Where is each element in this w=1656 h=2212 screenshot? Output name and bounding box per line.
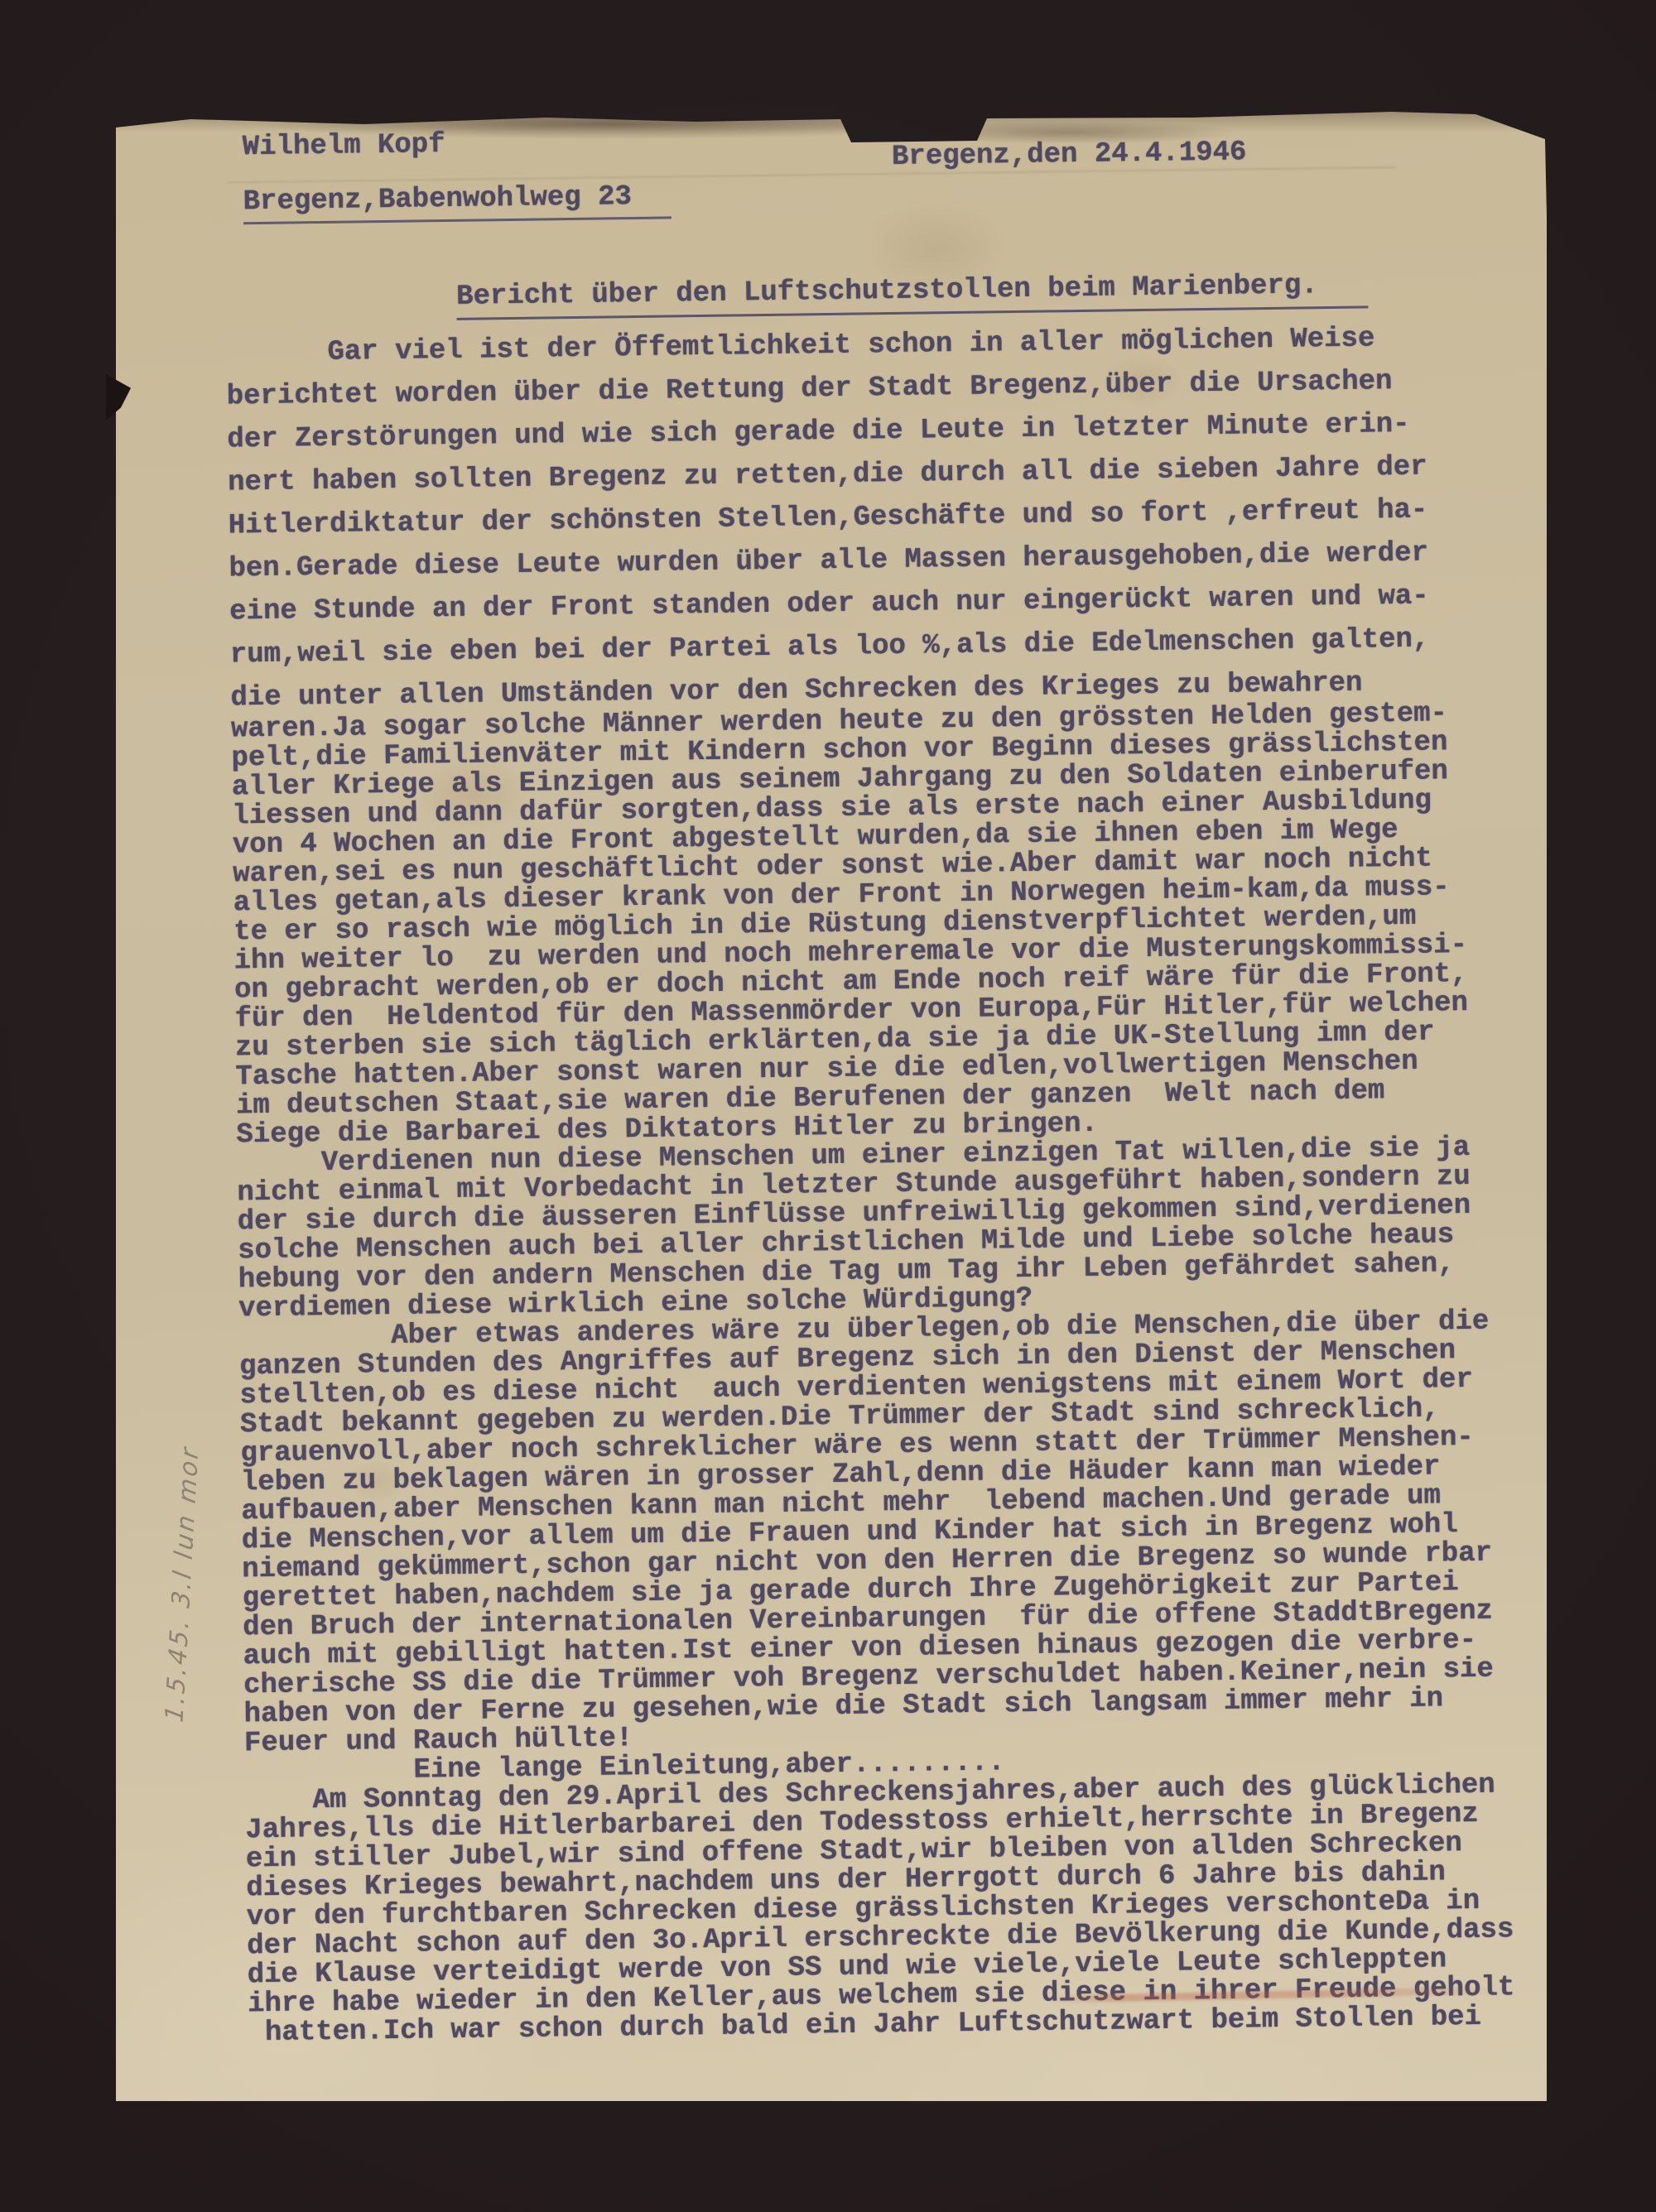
typed-block-main: waren.Ja sogar solche Männer werden heut… xyxy=(231,699,1515,2048)
photo-background: Wilhelm Kopf Bregenz,Babenwohlweg 23 Bre… xyxy=(0,0,1656,2212)
typed-body: Gar viel ist der Öffemtlichkeit schon in… xyxy=(103,99,1559,2110)
letter-content: Wilhelm Kopf Bregenz,Babenwohlweg 23 Bre… xyxy=(103,99,1559,2110)
letter-page: Wilhelm Kopf Bregenz,Babenwohlweg 23 Bre… xyxy=(116,108,1547,2101)
typed-block-opening: Gar viel ist der Öffemtlichkeit schon in… xyxy=(226,317,1431,720)
